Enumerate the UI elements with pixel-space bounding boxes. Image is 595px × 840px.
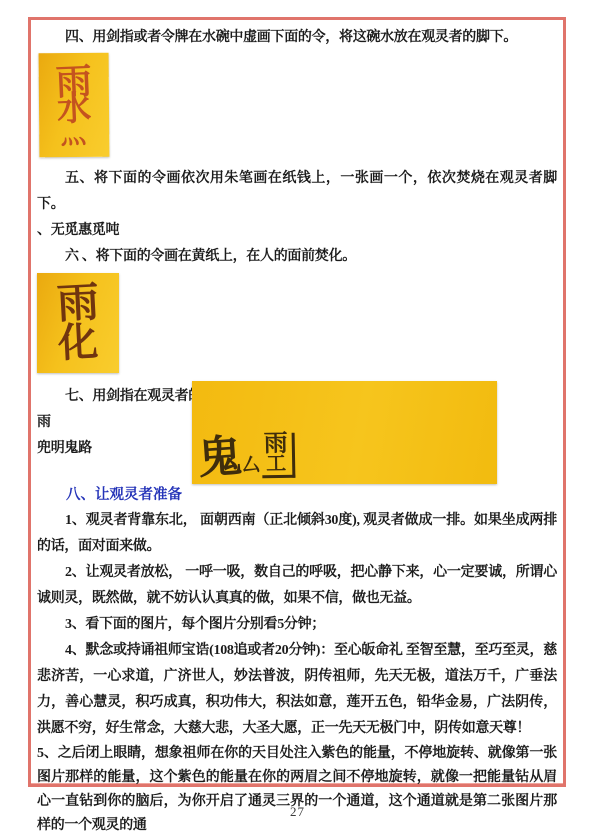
page-number: 27 — [0, 804, 595, 820]
talisman-image-water-bowl: 雨 水 灬 — [39, 53, 110, 158]
item-8-3-paragraph: 3、看下面的图片，每个图片分别看5分钟； — [37, 612, 557, 638]
talisman-glyph-gong: 工 — [266, 455, 286, 473]
item-4-paragraph: 四、用剑指或者令牌在水碗中虚画下面的令，将这碗水放在观灵者的脚下。 — [37, 25, 557, 51]
talisman-glyph-stack: 雨 工 — [262, 433, 296, 479]
item-8-1-paragraph: 1、观灵者背靠东北， 面朝西南（正北倾斜30度), 观灵者做成一排。如果坐成两排… — [37, 508, 557, 560]
item-6-paragraph: 六 、将下面的令画在黄纸上，在人的面前焚化。 — [37, 244, 557, 270]
talisman-glyph-si: 厶 — [242, 456, 260, 474]
item-8-4-paragraph: 4、默念或持诵祖师宝诰(108追或者20分钟)：至心皈命礼 至智至慧，至巧至灵，… — [37, 638, 557, 742]
talisman-glyph-dots: 灬 — [60, 124, 89, 145]
item-8-2-paragraph: 2、让观灵者放松， 一呼一吸，数自己的呼吸，把心静下来，心一定要诚，所谓心诚则灵… — [37, 560, 557, 612]
page-border-frame: 四、用剑指或者令牌在水碗中虚画下面的令，将这碗水放在观灵者的脚下。 雨 水 灬 … — [28, 17, 566, 787]
item-5-paragraph: 五、将下面的令画依次用朱笔画在纸钱上，一张画一个，依次焚烧在观灵者脚下。 — [37, 166, 557, 218]
talisman-glyph-ghost: 鬼 — [197, 435, 244, 482]
item-8-5-paragraph: 5、之后闭上眼睛，想象祖师在你的天目处注入紫色的能量，不停地旋转、就像第一张图片… — [37, 742, 557, 838]
section-8-heading: 八、让观灵者准备 — [37, 482, 557, 508]
talisman-glyph-hua: 化 — [57, 322, 99, 364]
talisman-image-eye-opening: 鬼 厶 雨 工 — [192, 381, 497, 484]
talisman-image-yellow-paper: 雨 化 — [37, 273, 119, 373]
stray-text-line-1: 、无觅惠觅吨 — [37, 218, 557, 244]
